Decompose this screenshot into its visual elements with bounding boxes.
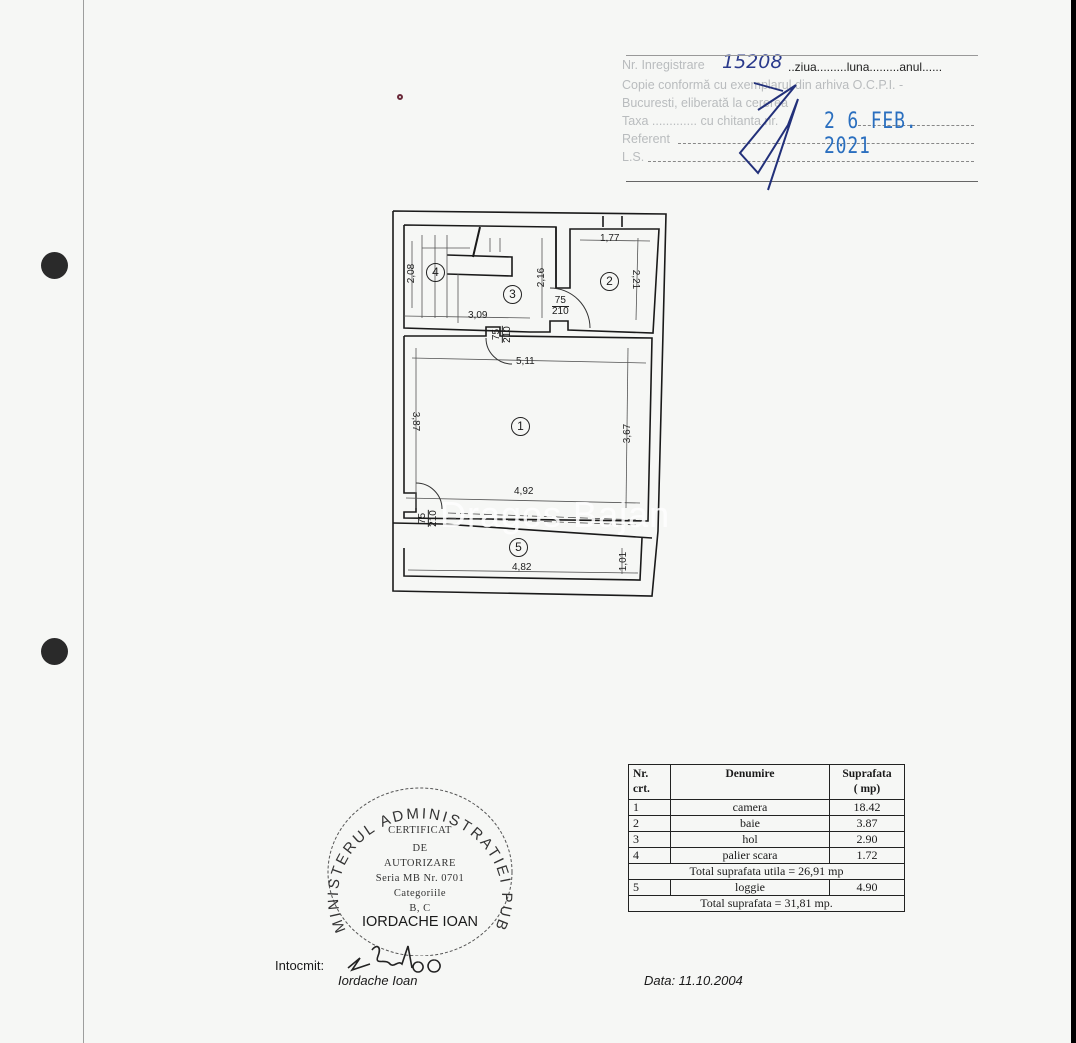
room-number-1: 1 (511, 417, 530, 436)
seal-name: IORDACHE IOAN (322, 914, 518, 930)
watermark: Dragos Bajan (440, 494, 670, 536)
header-name: Denumire (671, 765, 830, 800)
dim-room5-width: 4,82 (512, 562, 531, 573)
room-number-4: 4 (426, 263, 445, 282)
seal-line: CERTIFICAT (322, 825, 518, 836)
header-area: Suprafata ( mp) (830, 765, 905, 800)
door-label: 75 210 (492, 326, 513, 343)
page-fold-line (83, 0, 84, 1043)
dim-room5-height: 1,01 (618, 552, 629, 571)
document-date: Data: 11.10.2004 (644, 973, 743, 988)
floor-plan: 4 3 2 1 5 1,77 2,21 2,16 3,09 2,08 5,11 … (390, 208, 680, 600)
seal-line: B, C (322, 903, 518, 914)
punch-hole (41, 252, 68, 279)
door-label: 75 210 (552, 296, 569, 317)
table-total-row: Total suprafata = 31,81 mp. (629, 896, 905, 912)
seal-line: Categoriile (322, 888, 518, 899)
header-nr: Nr. crt. (629, 765, 671, 800)
table-row: 2 baie 3.87 (629, 816, 905, 832)
dim-room3-height: 2,16 (536, 268, 547, 287)
table-subtotal-row: Total suprafata utila = 26,91 mp (629, 864, 905, 880)
punch-hole (41, 638, 68, 665)
room-number-5: 5 (509, 538, 528, 557)
room-number-3: 3 (503, 285, 522, 304)
door-label: 75 210 (418, 510, 439, 527)
dim-room3-width: 3,09 (468, 310, 487, 321)
prepared-by-name: Iordache Ioan (338, 973, 418, 988)
table-row: 5 loggie 4.90 (629, 880, 905, 896)
signature-icon (342, 938, 472, 978)
table-row: 4 palier scara 1.72 (629, 848, 905, 864)
area-table: Nr. crt. Denumire Suprafata ( mp) 1 came… (628, 764, 905, 912)
signature-mark (618, 55, 980, 195)
seal-line: AUTORIZARE (322, 858, 518, 869)
table-row: 3 hol 2.90 (629, 832, 905, 848)
scan-speck (397, 94, 403, 100)
dim-room2-height: 2,21 (630, 270, 641, 289)
authorization-seal: MINISTERUL ADMINISTRATIEI PUBLICE CERTIF… (322, 780, 518, 956)
scan-edge (1071, 0, 1076, 1043)
dim-room1-height-right: 3,67 (622, 424, 633, 443)
room-number-2: 2 (600, 272, 619, 291)
table-row: 1 camera 18.42 (629, 800, 905, 816)
prepared-by-label: Intocmit: (275, 958, 324, 973)
seal-line: Seria MB Nr. 0701 (322, 873, 518, 884)
dim-room4-height: 2,08 (406, 264, 417, 283)
dim-room1-width-top: 5,11 (516, 356, 535, 367)
seal-line: DE (322, 843, 518, 854)
table-header-row: Nr. crt. Denumire Suprafata ( mp) (629, 765, 905, 800)
dim-room1-height-left: 3,87 (410, 412, 421, 431)
registration-stamp: Nr. Inregistrare 15208 ..ziua.........lu… (618, 55, 980, 187)
dim-room2-width: 1,77 (600, 233, 619, 244)
